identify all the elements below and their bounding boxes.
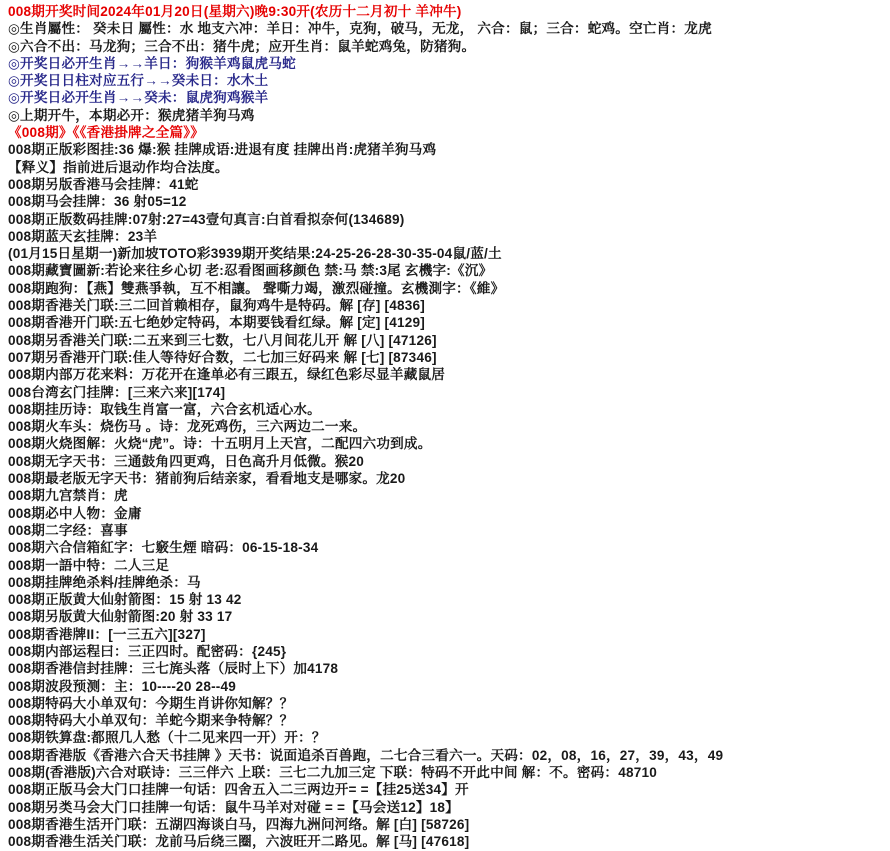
text-line: 008期另类马会大门口挂牌一句话：鼠牛马羊对对碰 = =【马会送12】18】 [8, 799, 886, 816]
text-line: 008期正版黄大仙射箭图：15 射 13 42 [8, 591, 886, 608]
text-line: 008期无字天书：三通鼓角四更鸡，日色高升月低微。猴20 [8, 453, 886, 470]
text-line: ◎开奖日日柱对应五行→→癸未日：水木土 [8, 72, 886, 89]
text-line: 008期香港版《香港六合天书挂牌 》天书：说面追杀百兽跑，二七合三看六一。天码：… [8, 747, 886, 764]
text-line: 008期正版数码挂牌:07射:27=43壹句真言:白首看拟奈何(134689) [8, 211, 886, 228]
text-line: 008期内部运程曰：三正四时。配密码：{245} [8, 643, 886, 660]
text-line: 008台湾玄门挂牌：[三来六来][174] [8, 384, 886, 401]
text-line: 008期另版香港马会挂牌：41蛇 [8, 176, 886, 193]
text-line: 008期香港生活关门联：龙前马后绕三圈，六波旺开二路见。解 [马] [47618… [8, 833, 886, 850]
text-line: 008期正版马会大门口挂牌一句话：四舍五入二三两边开= =【挂25送34】开 [8, 781, 886, 798]
text-line: 008期挂牌绝杀料/挂牌绝杀：马 [8, 574, 886, 591]
text-line: 008期挂历诗：取钱生肖富一富，六合玄机适心水。 [8, 401, 886, 418]
text-line: 008期香港牌II：[一三五六][327] [8, 626, 886, 643]
text-line: 008期香港开门联:五七绝妙定特码，本期要钱看红绿。解 [定] [4129] [8, 314, 886, 331]
text-line: 008期香港生活开门联：五湖四海谈白马，四海九洲问河络。解 [白] [58726… [8, 816, 886, 833]
text-line: 008期香港关门联:三二回首赖相存，鼠狗鸡牛是特码。解 [存] [4836] [8, 297, 886, 314]
text-line: ◎开奖日必开生肖→→癸未：鼠虎狗鸡猴羊 [8, 89, 886, 106]
text-line: 008期跑狗：【燕】雙燕爭執，互不相讓。 聲嘶力竭，激烈碰撞。玄機測字：《維》 [8, 280, 886, 297]
text-line: ◎六合不出：马龙狗；三合不出：猪牛虎；应开生肖：鼠羊蛇鸡兔，防猪狗。 [8, 38, 886, 55]
text-line: 008期六合信箱紅字：七竅生煙 暗码：06-15-18-34 [8, 539, 886, 556]
text-line: ◎生肖屬性： 癸未日 屬性：水 地支六冲：羊日：冲牛，克狗，破马，无龙， 六合：… [8, 20, 886, 37]
text-line: 《008期》《《香港掛牌之全篇》》 [8, 124, 886, 141]
text-line: ◎上期开牛，本期必开：猴虎猪羊狗马鸡 [8, 107, 886, 124]
text-line: 008期特码大小单双句：今期生肖讲你知解？？ [8, 695, 886, 712]
text-line: (01月15日星期一)新加坡TOTO彩3939期开奖结果:24-25-26-28… [8, 245, 886, 262]
text-line: 008期开奖时间2024年01月20日(星期六)晚9:30开(农历十二月初十 羊… [8, 3, 886, 20]
text-line: ◎开奖日必开生肖→→羊日：狗猴羊鸡鼠虎马蛇 [8, 55, 886, 72]
text-line: 【释义】指前进后退动作均合法度。 [8, 159, 886, 176]
lottery-tips-page: 008期开奖时间2024年01月20日(星期六)晚9:30开(农历十二月初十 羊… [0, 0, 890, 851]
text-line: 008期火车头：烧伤马 。诗：龙死鸡伤，三六两边二一来。 [8, 418, 886, 435]
text-line: 008期二字经：喜事 [8, 522, 886, 539]
text-line: 008期九宫禁肖：虎 [8, 487, 886, 504]
text-line: 008期一語中特：二人三足 [8, 557, 886, 574]
text-line: 008期波段预测：主：10----20 28--49 [8, 678, 886, 695]
text-line: 008期内部万花来料：万花开在逢单必有三跟五，绿红色彩尽显羊藏鼠居 [8, 366, 886, 383]
text-line: 008期另版黄大仙射箭图:20 射 33 17 [8, 608, 886, 625]
text-line: 008期铁算盘:都照几人愁（十二见来四一开）开：？ [8, 729, 886, 746]
text-line: 008期马会挂牌：36 射05=12 [8, 193, 886, 210]
text-line: 008期必中人物：金庸 [8, 505, 886, 522]
text-line: 008期蓝天玄挂牌：23羊 [8, 228, 886, 245]
text-line: 008期最老版无字天书：猪前狗后结亲家，看看地支是哪家。龙20 [8, 470, 886, 487]
text-line: 007期另香港开门联:佳人等待好合数，二七加三好码来 解 [七] [87346] [8, 349, 886, 366]
text-line: 008期(香港版)六合对联诗：三三伴六 上联：三七二九加三定 下联：特码不开此中… [8, 764, 886, 781]
text-line: 008期火烧图解：火烧“虎”。诗：十五明月上天宫，二配四六功到成。 [8, 435, 886, 452]
text-line: 008期香港信封挂牌：三七旄头落（辰时上下）加4178 [8, 660, 886, 677]
text-line: 008期正版彩图挂:36 爆:猴 挂牌成语:进退有度 挂牌出肖:虎猪羊狗马鸡 [8, 141, 886, 158]
text-line: 008期另香港关门联:二五来到三七数，七八月间花儿开 解 [八] [47126] [8, 332, 886, 349]
text-line: 008期藏寶圖新:若论来往乡心切 老:忍看图画移颜色 禁:马 禁:3尾 玄機字:… [8, 262, 886, 279]
text-line: 008期特码大小单双句：羊蛇今期来争特解？？ [8, 712, 886, 729]
lottery-text-list: 008期开奖时间2024年01月20日(星期六)晚9:30开(农历十二月初十 羊… [8, 3, 886, 851]
